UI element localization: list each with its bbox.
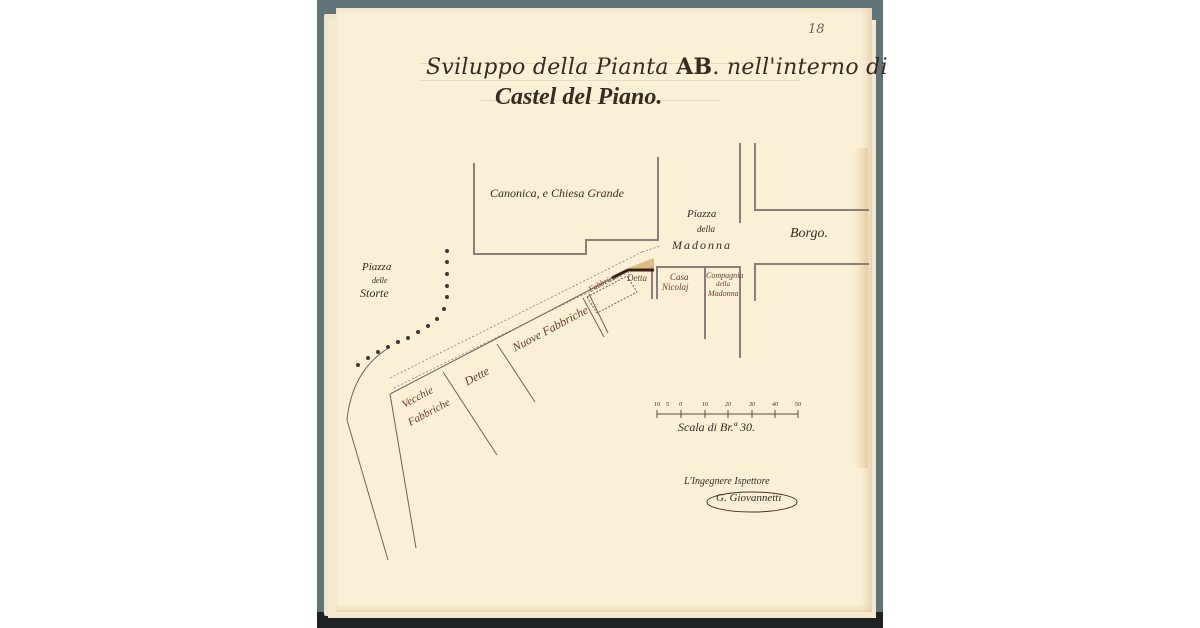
label-piazza-madonna-3: Madonna — [672, 238, 732, 253]
scale-tick: 0 — [679, 402, 682, 408]
label-canonica: Canonica, e Chiesa Grande — [490, 186, 624, 201]
title-suffix: . nell'interno di — [712, 55, 888, 80]
label-casa-nicolai-2: Nicolaj — [662, 282, 689, 292]
label-piazza-storte-2: delle — [372, 276, 388, 285]
scale-label: Scala di Br.ª 30. — [678, 420, 755, 435]
scale-tick: 30 — [749, 402, 755, 408]
label-casa-nicolai-1: Casa — [670, 272, 689, 282]
title-ab: AB — [676, 54, 712, 80]
label-piazza-madonna-2: della — [697, 224, 715, 234]
scale-tick: 5 — [666, 402, 669, 408]
label-borgo: Borgo. — [790, 226, 828, 242]
scale-tick: 10 — [654, 402, 660, 408]
label-detta: Detta — [627, 273, 647, 283]
page-number: 18 — [808, 22, 825, 37]
title-prefix: Sviluppo della Pianta — [426, 55, 669, 80]
scale-tick: 10 — [702, 402, 708, 408]
document-title-line2: Castel del Piano. — [495, 84, 662, 111]
canonica-outline — [474, 158, 658, 254]
label-piazza-storte-3: Storte — [360, 286, 389, 301]
shaded-plot — [628, 258, 654, 270]
label-compagnia-2: della — [716, 280, 730, 288]
label-compagnia-1: Compagnia — [706, 271, 743, 280]
label-piazza-madonna-1: Piazza — [687, 208, 716, 220]
document-title-line1: Sviluppo della Pianta AB. nell'interno d… — [426, 54, 888, 80]
signature-title: L'Ingegnere Ispettore — [684, 476, 770, 487]
signature-name: G. Giovannetti — [716, 492, 781, 504]
label-compagnia-3: Madonna — [708, 289, 739, 298]
scale-bar — [657, 410, 798, 418]
label-piazza-storte-1: Piazza — [362, 261, 391, 273]
scale-tick: 50 — [795, 402, 801, 408]
scale-tick: 40 — [772, 402, 778, 408]
scale-tick: 20 — [725, 402, 731, 408]
